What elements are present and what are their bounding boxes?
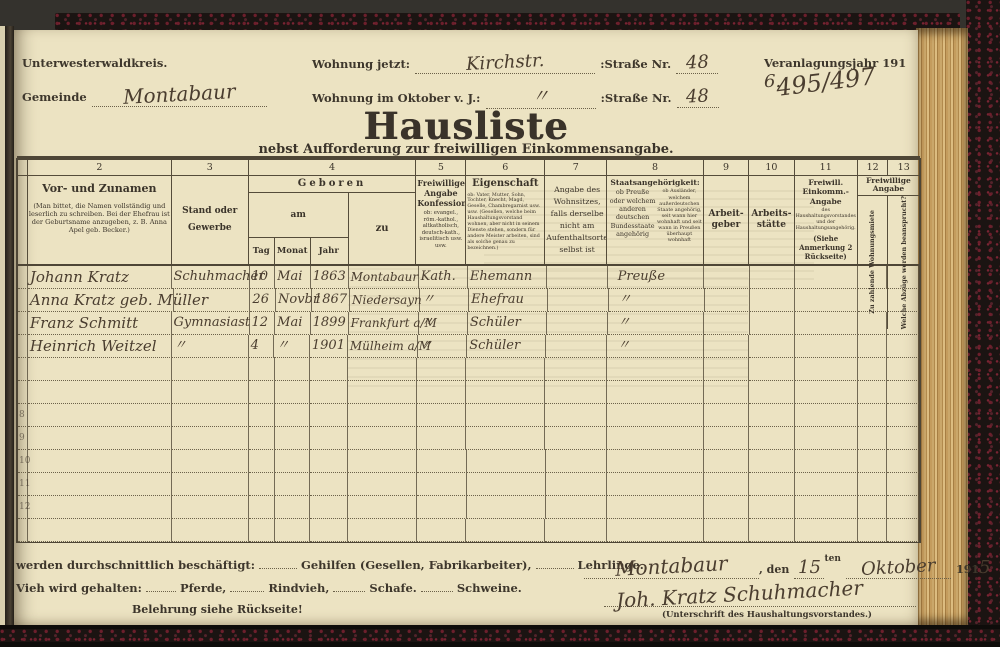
cell-abz xyxy=(887,266,919,289)
col-title: Staatsangehörigkeit: xyxy=(608,178,702,187)
cell-tag xyxy=(249,381,275,404)
cell-miete xyxy=(858,404,888,427)
cell-ag xyxy=(704,404,749,427)
page-subtitle: nebst Aufforderung zur freiwilligen Eink… xyxy=(14,142,918,157)
cell-monat: Mai xyxy=(275,266,310,289)
cell-miete xyxy=(858,496,888,519)
cell-as xyxy=(749,358,794,381)
cell-abz xyxy=(887,312,919,335)
cell-stand xyxy=(172,496,249,519)
col-geboren-group: 4 Geboren am Tag Monat Jahr zu xyxy=(249,160,417,264)
col-note-right: ob Ausländer, welchem außerdeutschen Sta… xyxy=(657,188,702,243)
cell-konf xyxy=(417,427,466,450)
cell-ag xyxy=(704,450,749,473)
col-number: 4 xyxy=(249,160,416,176)
row-number xyxy=(18,335,28,358)
cell-eink xyxy=(795,450,858,473)
cell-miete xyxy=(858,335,888,358)
belehrung-note: Belehrung siehe Rückseite! xyxy=(132,603,303,616)
cell-staat xyxy=(607,404,704,427)
cell-abz xyxy=(887,335,919,358)
cover-edge-top xyxy=(55,13,960,30)
cell-staat xyxy=(607,427,704,450)
table-row: Heinrich Weitzel〃4〃1901Mülheim a/M〃Schül… xyxy=(18,335,919,358)
col-title: Stand oder Gewerbe xyxy=(173,203,247,237)
cell-as xyxy=(750,289,795,312)
cell-eink xyxy=(795,335,858,358)
cell-abz xyxy=(887,381,919,404)
cell-miete xyxy=(858,427,888,450)
col-number: 8 xyxy=(607,160,703,176)
cell-as xyxy=(749,335,794,358)
cell-zu: Frankfurt a/M xyxy=(349,312,419,335)
cell-stand xyxy=(172,450,249,473)
col-wohnsitz: 7 Angabe des Wohnsitzes, falls derselbe … xyxy=(545,160,607,264)
cell-name xyxy=(28,519,172,542)
cell-monat xyxy=(275,358,311,381)
cell-eig xyxy=(466,519,545,542)
cell-eink xyxy=(795,427,858,450)
row-number: 11 xyxy=(18,473,28,496)
table-row: 10 xyxy=(18,450,919,473)
col-number: 10 xyxy=(749,160,793,176)
cell-wohn xyxy=(545,519,606,542)
signature-line: Joh. Kratz Schuhmacher xyxy=(604,582,916,607)
col-einkommensangabe: 11 Freiwill. Einkomm.-Angabe des Haushal… xyxy=(795,160,858,264)
cell-monat: Mai xyxy=(275,312,310,335)
col-konfession: 5 Freiwillige Angabe Konfession ob: evan… xyxy=(416,160,466,264)
row-number xyxy=(18,519,28,542)
cell-tag xyxy=(249,496,275,519)
cell-stand: Schuhmacher xyxy=(172,266,250,289)
cell-konf xyxy=(417,519,466,542)
cell-ag xyxy=(704,473,749,496)
col-title: Freiwill. Einkomm.-Angabe xyxy=(796,178,856,206)
cell-konf: Kath. xyxy=(419,266,468,289)
cell-jahr xyxy=(310,496,348,519)
cell-as xyxy=(750,312,795,335)
vieh-line: Vieh wird gehalten: Pferde, Rindvieh, Sc… xyxy=(16,581,522,595)
cell-wohn xyxy=(547,266,608,289)
cell-zu xyxy=(348,381,417,404)
cell-eig: Ehemann xyxy=(468,266,547,289)
cell-tag xyxy=(249,404,275,427)
col-note-left: ob Preuße oder welchem anderen deutschen… xyxy=(608,188,657,243)
cell-jahr xyxy=(310,473,348,496)
cell-zu xyxy=(348,496,417,519)
col-number: 9 xyxy=(704,160,748,176)
cell-zu xyxy=(348,473,417,496)
rindvieh-label: Rindvieh, xyxy=(268,581,329,595)
cell-eig xyxy=(467,450,546,473)
gehilfen-count-field xyxy=(259,568,297,569)
cell-zu xyxy=(348,404,417,427)
cell-zu: Montabaur xyxy=(349,266,419,289)
cell-as xyxy=(749,473,794,496)
cell-stand xyxy=(172,404,249,427)
cell-konf: 〃 xyxy=(420,289,469,312)
col-title: Eigenschaft xyxy=(467,178,543,191)
cell-eig xyxy=(466,427,545,450)
pferde-count-field xyxy=(146,591,176,592)
cell-as xyxy=(749,450,794,473)
col-stand: 3 Stand oder Gewerbe xyxy=(172,160,249,264)
row-number: 10 xyxy=(18,450,28,473)
cell-eink xyxy=(795,312,858,335)
cell-name xyxy=(28,358,172,381)
cell-staat xyxy=(607,450,704,473)
cell-wohn xyxy=(546,450,607,473)
table-row: 8 xyxy=(18,404,919,427)
gemeinde-label: Gemeinde xyxy=(22,90,87,104)
cell-staat: 〃 xyxy=(608,312,705,335)
cell-eink xyxy=(795,473,858,496)
geboren-label: Geboren xyxy=(249,176,416,193)
col-number: 6 xyxy=(466,160,544,176)
cell-zu xyxy=(348,358,417,381)
cell-staat xyxy=(607,496,704,519)
jahr-label: Jahr xyxy=(311,238,347,264)
cell-tag xyxy=(249,358,275,381)
lehrlinge-count-field xyxy=(536,568,574,569)
cell-ag xyxy=(704,312,749,335)
cell-wohn xyxy=(545,381,606,404)
row-number xyxy=(18,266,28,289)
cell-eig: Ehefrau xyxy=(469,289,548,312)
cell-miete xyxy=(858,450,888,473)
cell-wohn xyxy=(545,427,606,450)
cell-as xyxy=(749,496,794,519)
cell-stand: Gymnasiast xyxy=(172,312,250,335)
schweine-label: Schweine. xyxy=(457,581,522,595)
cell-ag xyxy=(704,519,749,542)
cell-staat: 〃 xyxy=(609,289,705,312)
year-handwritten: 5 xyxy=(979,557,990,578)
cell-ag xyxy=(704,496,749,519)
cell-ag xyxy=(704,358,749,381)
cell-monat xyxy=(275,404,311,427)
year-printed: 191 xyxy=(956,563,979,576)
schafe-count-field xyxy=(333,591,365,592)
cell-monat: Novbr xyxy=(276,289,312,312)
district-label: Unterwesterwaldkreis. xyxy=(22,52,167,71)
signature-field: Joh. Kratz Schuhmacher xyxy=(604,582,916,607)
col-arbeitsstaette: 10 Arbeits­stätte xyxy=(749,160,794,264)
wohnung-jetzt-label: Wohnung jetzt: xyxy=(312,57,410,71)
cell-name: Franz Schmitt xyxy=(28,312,172,335)
cell-name xyxy=(28,404,172,427)
table-row: Anna Kratz geb. Müller26Novbr1867Nieders… xyxy=(18,289,919,312)
cell-jahr: 1899 xyxy=(311,312,349,335)
cell-monat xyxy=(275,473,311,496)
cell-miete xyxy=(858,312,888,335)
cell-abz xyxy=(887,496,919,519)
col-number: 11 xyxy=(795,160,857,176)
table-row xyxy=(18,358,919,381)
cell-staat: Preuße xyxy=(608,266,705,289)
cell-tag: 4 xyxy=(249,335,275,358)
cell-zu: Mülheim a/M xyxy=(348,335,418,358)
cell-tag xyxy=(249,519,275,542)
cell-ag xyxy=(704,266,749,289)
cell-eink xyxy=(795,404,858,427)
cell-eink xyxy=(795,519,858,542)
cell-monat: 〃 xyxy=(274,335,310,358)
cell-tag: 12 xyxy=(250,312,276,335)
cell-abz xyxy=(887,473,919,496)
cell-miete xyxy=(858,289,888,312)
cell-konf: 〃 xyxy=(418,335,467,358)
cell-jahr xyxy=(310,450,348,473)
cell-stand xyxy=(174,289,251,312)
col-note: ob: evangel., röm.-kathol., altkatholisc… xyxy=(417,210,464,250)
cell-wohn xyxy=(546,473,607,496)
cell-eig: Schüler xyxy=(468,312,547,335)
cell-miete xyxy=(858,519,888,542)
cell-staat: 〃 xyxy=(607,335,704,358)
hausliste-table: 2 Vor- und Zunamen (Man bittet, die Name… xyxy=(16,158,921,543)
cell-as xyxy=(749,519,794,542)
place-field: Montabaur xyxy=(584,554,759,579)
cell-zu: Niedersayn xyxy=(350,289,420,312)
cell-wohn xyxy=(545,404,606,427)
cell-zu xyxy=(348,427,417,450)
table-body: Johann KratzSchuhmacher10Mai1863Montabau… xyxy=(18,266,919,542)
col-title: Angabe des Wohnsitzes, falls derselbe ni… xyxy=(546,184,606,256)
cell-wohn xyxy=(546,335,607,358)
cell-konf xyxy=(417,473,466,496)
col-number: 2 xyxy=(28,160,171,176)
cell-konf: 〃 xyxy=(419,312,468,335)
cell-konf xyxy=(417,404,466,427)
cell-name xyxy=(28,496,172,519)
cell-eig: Schüler xyxy=(467,335,546,358)
cell-jahr xyxy=(310,519,348,542)
cell-name: Johann Kratz xyxy=(28,266,172,289)
cell-stand xyxy=(172,519,249,542)
row-number xyxy=(18,381,28,404)
cell-stand: 〃 xyxy=(172,335,249,358)
col-note: des Haushaltungsvorstandes und der Haush… xyxy=(796,208,856,232)
binding-gutter xyxy=(5,26,14,625)
row-number: 9 xyxy=(18,427,28,450)
beschaeftigt-line: werden durchschnittlich beschäftigt: Geh… xyxy=(16,558,644,572)
col-arbeitgeber: 9 Arbeit­geber xyxy=(704,160,749,264)
row-number xyxy=(18,312,28,335)
cell-konf xyxy=(417,496,466,519)
cell-zu xyxy=(348,519,417,542)
col-title: Arbeit­geber xyxy=(705,209,747,232)
geboren-zu-label: zu xyxy=(349,193,416,264)
table-row: 12 xyxy=(18,496,919,519)
cell-abz xyxy=(887,519,919,542)
strasse-nr-label-2: :Straße Nr. xyxy=(601,91,672,105)
col-hidden xyxy=(18,160,28,264)
cell-abz xyxy=(887,427,919,450)
cell-eig xyxy=(466,358,545,381)
table-row: Franz SchmittGymnasiast12Mai1899Frankfur… xyxy=(18,312,919,335)
cell-name xyxy=(28,427,172,450)
cell-abz xyxy=(888,289,919,312)
cell-miete xyxy=(858,473,888,496)
cell-as xyxy=(750,266,795,289)
row-number: 12 xyxy=(18,496,28,519)
cell-eig xyxy=(466,381,545,404)
col-note2: (Siehe Anmerkung 2 Rückseite) xyxy=(796,235,856,261)
cell-konf xyxy=(417,358,466,381)
cell-miete xyxy=(858,381,888,404)
cell-name: Anna Kratz geb. Müller xyxy=(28,289,174,312)
cell-jahr xyxy=(310,404,348,427)
cell-eink xyxy=(795,496,858,519)
cell-name xyxy=(28,450,172,473)
cell-as xyxy=(749,427,794,450)
cell-jahr: 1901 xyxy=(310,335,348,358)
cell-stand xyxy=(172,381,249,404)
col-names: 2 Vor- und Zunamen (Man bittet, die Name… xyxy=(28,160,172,264)
col-staatsangehoerigkeit: 8 Staatsangehörigkeit: ob Preuße oder we… xyxy=(607,160,704,264)
col-note: ob: Vater, Mutter, Sohn, Tochter, Knecht… xyxy=(467,193,543,253)
wohnung-oktober-label: Wohnung im Oktober v. J.: xyxy=(312,91,480,105)
beschaeftigt-label: werden durchschnittlich beschäftigt: xyxy=(16,558,255,572)
cell-eink xyxy=(795,289,858,312)
cell-staat xyxy=(607,358,704,381)
col-number: 12 xyxy=(858,160,889,175)
cell-jahr: 1867 xyxy=(312,289,350,312)
page-edge-stack xyxy=(916,28,968,625)
gehilfen-label: Gehilfen (Gesellen, Fabrikarbeiter), xyxy=(301,558,531,572)
cell-name xyxy=(28,473,172,496)
wohnung-jetzt-field: Kirchstr. xyxy=(415,52,595,74)
cell-konf xyxy=(417,450,466,473)
monat-label: Monat xyxy=(275,238,311,264)
schafe-label: Schafe. xyxy=(369,581,416,595)
tag-label: Tag xyxy=(249,238,275,264)
cell-wohn xyxy=(547,312,608,335)
cell-monat xyxy=(275,427,311,450)
vieh-label: Vieh wird gehalten: xyxy=(16,581,142,595)
cell-abz xyxy=(887,450,919,473)
col-eigenschaft: 6 Eigenschaft ob: Vater, Mutter, Sohn, T… xyxy=(466,160,545,264)
signature-caption: (Unterschrift des Haushaltungsvorstandes… xyxy=(662,610,872,620)
cell-as xyxy=(749,381,794,404)
col-number: 3 xyxy=(172,160,248,176)
cell-as xyxy=(749,404,794,427)
col-title: Arbeits­stätte xyxy=(750,209,792,232)
col-freiwillige-group: 12 13 Freiwillige Angabe Zu zahlende Woh… xyxy=(858,160,919,264)
table-row xyxy=(18,381,919,404)
table-row: Johann KratzSchuhmacher10Mai1863Montabau… xyxy=(18,266,919,289)
ten-label: ten xyxy=(824,554,840,564)
col-number: 13 xyxy=(888,160,919,175)
day-field: 15 xyxy=(794,557,824,579)
cell-tag: 26 xyxy=(250,289,276,312)
table-row xyxy=(18,519,919,542)
cell-tag xyxy=(249,450,275,473)
cell-staat xyxy=(607,473,704,496)
wohnung-jetzt-line: Wohnung jetzt: Kirchstr. :Straße Nr. 48 xyxy=(312,52,718,74)
cell-stand xyxy=(172,358,249,381)
cell-staat xyxy=(607,381,704,404)
cell-monat xyxy=(275,381,311,404)
strasse-nr-label-1: :Straße Nr. xyxy=(600,57,671,71)
strasse-nr-field-1: 48 xyxy=(676,52,718,74)
cell-wohn xyxy=(545,358,606,381)
cell-eig xyxy=(467,496,546,519)
book-scan: { "header": { "district": "Unterwesterwa… xyxy=(0,0,1000,647)
cell-tag: 10 xyxy=(250,266,276,289)
cell-jahr xyxy=(310,381,348,404)
cell-eink xyxy=(795,381,858,404)
cell-eig xyxy=(467,473,546,496)
cell-monat xyxy=(275,450,311,473)
rindvieh-count-field xyxy=(230,591,264,592)
cell-jahr xyxy=(310,358,348,381)
cell-abz xyxy=(887,404,919,427)
cell-ag xyxy=(704,381,749,404)
schweine-count-field xyxy=(421,591,453,592)
cell-tag xyxy=(249,473,275,496)
col-title: Vor- und Zunamen xyxy=(29,182,170,196)
cell-konf xyxy=(417,381,466,404)
cell-staat xyxy=(607,519,704,542)
cell-zu xyxy=(348,450,417,473)
cell-miete xyxy=(858,266,888,289)
cell-wohn xyxy=(548,289,609,312)
cell-ag xyxy=(704,427,749,450)
cell-ag xyxy=(704,335,749,358)
cover-edge-bottom xyxy=(0,629,1000,642)
geboren-am-label: am xyxy=(249,193,348,237)
cell-monat xyxy=(275,519,311,542)
col-number: 7 xyxy=(545,160,606,176)
table-row: 11 xyxy=(18,473,919,496)
cell-stand xyxy=(172,427,249,450)
pferde-label: Pferde, xyxy=(180,581,226,595)
place-date-line: Montabaur, den 15ten Oktober 1915 xyxy=(584,554,991,579)
col-title: Freiwillige Angabe Konfession xyxy=(417,178,464,208)
row-number xyxy=(18,358,28,381)
col-note: (Man bittet, die Namen vollständig und l… xyxy=(29,202,170,235)
cell-name: Heinrich Weitzel xyxy=(28,335,172,358)
cell-eig xyxy=(466,404,545,427)
cell-abz xyxy=(887,358,919,381)
cell-stand xyxy=(172,473,249,496)
table-row: 9 xyxy=(18,427,919,450)
cell-tag xyxy=(249,427,275,450)
cell-monat xyxy=(275,496,311,519)
hausliste-page: Unterwesterwaldkreis. Wohnung jetzt: Kir… xyxy=(14,30,918,625)
cell-ag xyxy=(705,289,750,312)
cell-eink xyxy=(795,266,858,289)
table-header: 2 Vor- und Zunamen (Man bittet, die Name… xyxy=(18,160,919,266)
row-number xyxy=(18,289,28,312)
cell-jahr xyxy=(310,427,348,450)
cell-miete xyxy=(858,358,888,381)
book-cover-right xyxy=(966,0,1000,647)
cell-wohn xyxy=(546,496,607,519)
den-label: , den xyxy=(759,563,789,576)
freiwillige-angabe-label: Freiwillige Angabe xyxy=(858,176,919,196)
cell-name xyxy=(28,381,172,404)
col-number: 5 xyxy=(416,160,465,176)
cell-eink xyxy=(795,358,858,381)
row-number: 8 xyxy=(18,404,28,427)
cell-jahr: 1863 xyxy=(311,266,349,289)
